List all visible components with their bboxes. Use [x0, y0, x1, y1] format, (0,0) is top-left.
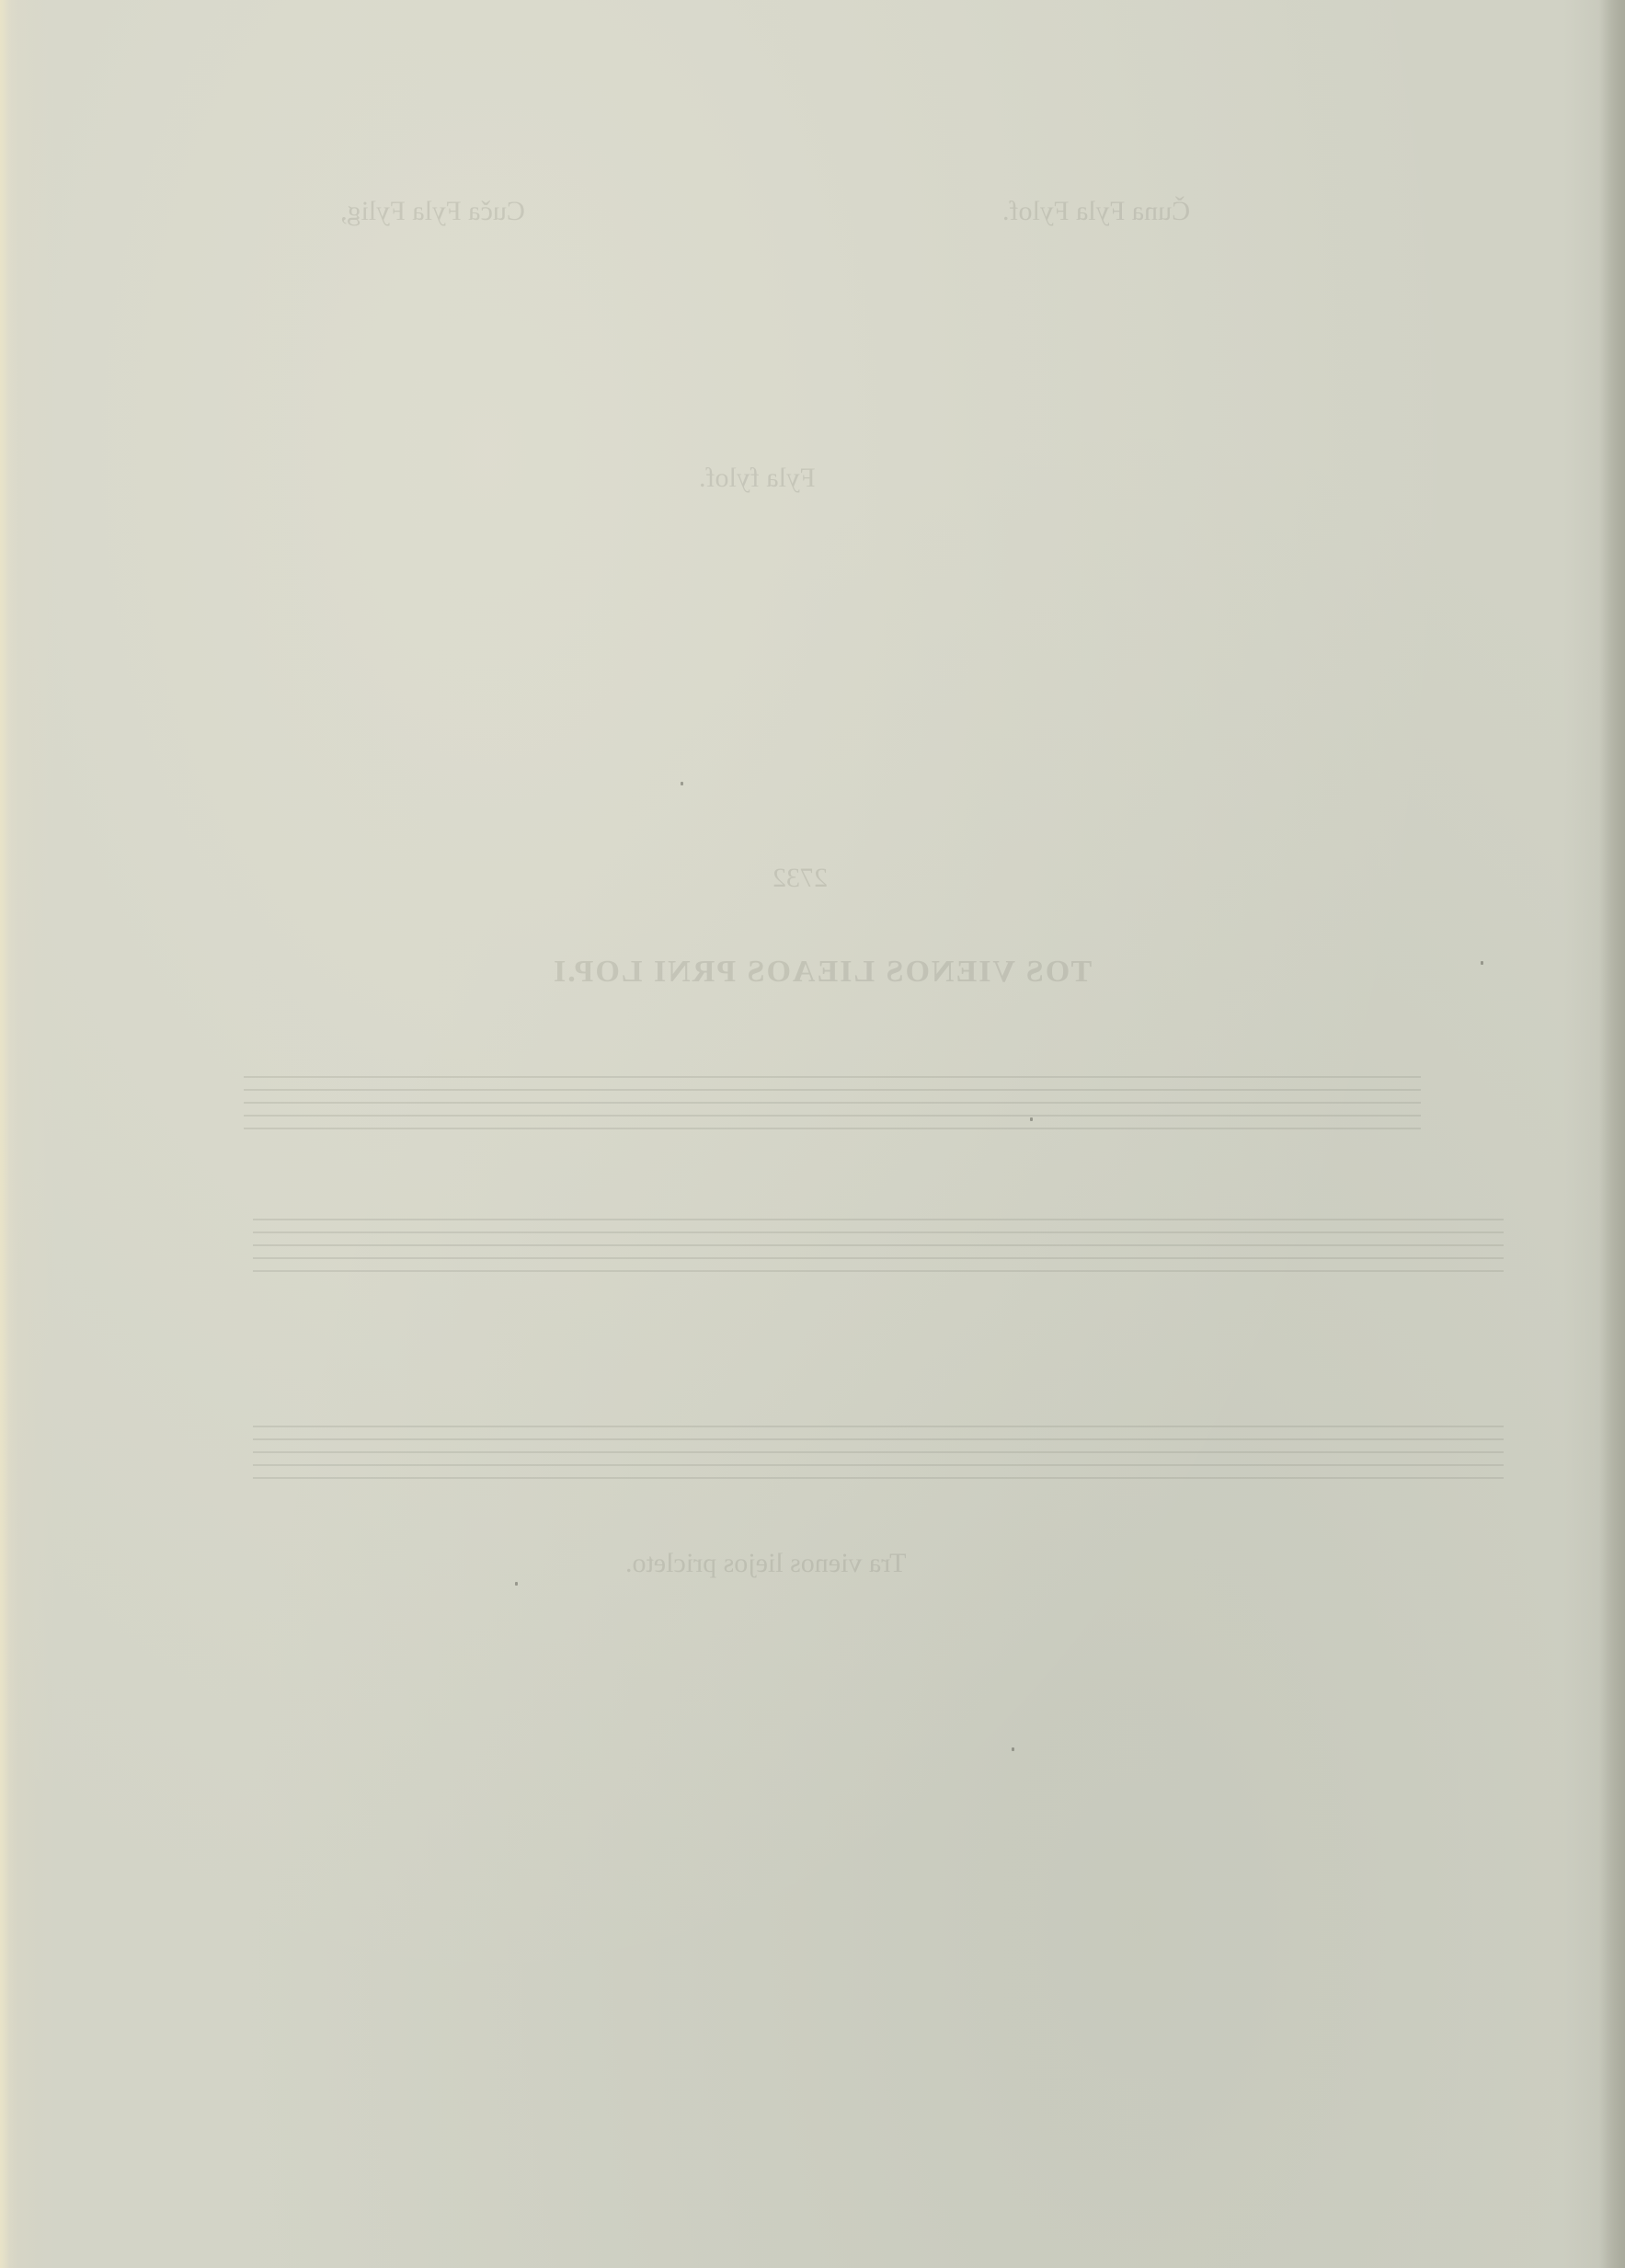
page-right-edge: [1599, 0, 1625, 2268]
paper-speck: [1030, 1117, 1033, 1121]
paper-speck: [681, 782, 683, 785]
bleed-through-verse-right: Čuna Fyla Fylof.: [1002, 193, 1190, 229]
paper-speck: [515, 1582, 518, 1586]
page-left-edge: [0, 0, 9, 2268]
bleed-through-title: TOS VIENOS LIEAOS PRNI LOP.I: [552, 952, 1092, 992]
bleed-through-staff-3: [253, 1426, 1504, 1481]
bleed-through-staff-1: [244, 1076, 1421, 1131]
bleed-through-number: 2732: [772, 860, 828, 896]
paper-speck: [1481, 961, 1483, 965]
bleed-through-verse-left: Cuča Fyla Fylig,: [340, 193, 525, 229]
bleed-through-verse-lower: Tra vienos liejos pricleto.: [625, 1545, 907, 1581]
bleed-through-verse-middle: Fyla fylof.: [699, 460, 816, 496]
bleed-through-staff-2: [253, 1219, 1504, 1274]
paper-speck: [1012, 1747, 1014, 1751]
scanned-page: Cuča Fyla Fylig, Čuna Fyla Fylof. Fyla f…: [0, 0, 1625, 2268]
